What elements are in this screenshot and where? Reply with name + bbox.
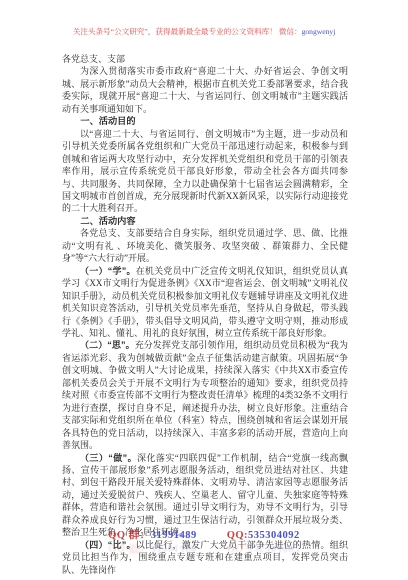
qq-number: 535304092	[248, 530, 300, 541]
section-heading: 二、活动内容	[62, 215, 348, 227]
section-heading: 一、活动目的	[62, 115, 348, 127]
document-page: 关注头条号“公文研究”，获得最新最全最专业的公文资料库！ 微信：gongweny…	[0, 0, 408, 580]
qq-group-number: 31991489	[151, 530, 197, 541]
paragraph-lead: （二）“思”。	[80, 340, 135, 350]
document-paragraph: 为深入贯彻落实市委市政府“喜迎二十大、办好省运会、争创文明城、展示新形象”动员大…	[62, 65, 348, 115]
paragraph-lead: （一）“学”。	[80, 266, 136, 276]
qq-group-label-ghost: QQ 群：	[108, 542, 150, 553]
wechat-label: 微信：	[277, 27, 302, 36]
document-paragraph: （三）“做”。深化落实“四联四促”工作机制，结合“党旗一线高飘扬、宣传干部展形象…	[62, 452, 348, 539]
contact-footer-reflection: QQ 群：31991489QQ:535304092	[0, 541, 408, 556]
promo-text: 关注头条号“公文研究”，获得最新最全最专业的公文资料库！	[73, 27, 277, 36]
document-paragraph: 以“喜迎二十大、与省运同行、创文明城市”为主题，进一步动员和引导机关党委所属各党…	[62, 128, 348, 215]
qq-group-label: QQ 群：	[108, 530, 150, 541]
document-paragraph: 各党总支、支部要结合自身实际，组织党员通过学、思、做、比推动“文明有礼 、环境美…	[62, 227, 348, 264]
qq-group-number-ghost: 31991489	[151, 542, 197, 553]
document-paragraph: （二）“思”。充分发挥党支部引领作用，组织动员党员积极为“我为省运添光彩、我为创…	[62, 339, 348, 451]
promo-banner: 关注头条号“公文研究”，获得最新最全最专业的公文资料库！ 微信：gongweny…	[0, 27, 408, 37]
qq-label-ghost: QQ:	[227, 542, 248, 553]
contact-footer: QQ 群：31991489QQ:535304092	[0, 527, 408, 542]
qq-number-ghost: 535304092	[248, 542, 300, 553]
document-paragraph: （一）“学”。在机关党员中广泛宣传文明礼仪知识，组织党员认真学习《XX市文明行为…	[62, 265, 348, 340]
document-paragraph: 各党总支、支部	[62, 53, 348, 65]
wechat-id: gongwenyj	[302, 27, 336, 36]
document-body: 各党总支、支部为深入贯彻落实市委市政府“喜迎二十大、办好省运会、争创文明城、展示…	[62, 53, 348, 576]
paragraph-lead: （三）“做”。	[80, 453, 137, 463]
qq-label: QQ:	[227, 530, 248, 541]
